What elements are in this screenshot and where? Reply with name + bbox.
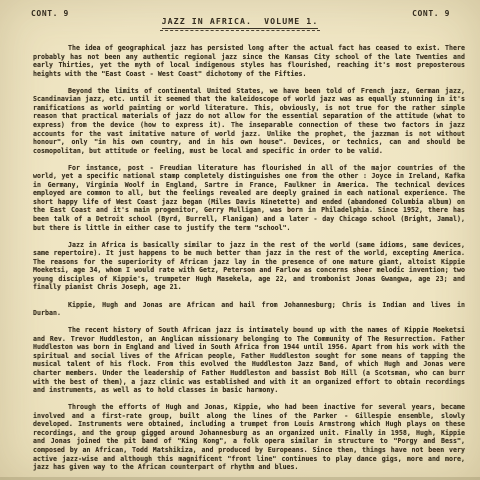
paragraph-king-kong: Through the efforts of Hugh and Jonas, K… bbox=[33, 403, 465, 471]
page-header: CONT. 9 JAZZ IN AFRICA. VOLUME 1. CONT. … bbox=[0, 0, 480, 31]
document-body: The idea of geographical jazz has persis… bbox=[33, 44, 465, 472]
page-title: JAZZ IN AFRICA. VOLUME 1. bbox=[162, 16, 319, 29]
document-page: CONT. 9 JAZZ IN AFRICA. VOLUME 1. CONT. … bbox=[0, 0, 480, 480]
paragraph-huddleston-history: The recent history of South African jazz… bbox=[33, 326, 465, 394]
paragraph-post-freudian: For instance, post - Freudian literature… bbox=[33, 164, 465, 232]
title-wrap: JAZZ IN AFRICA. VOLUME 1. bbox=[0, 9, 480, 29]
paragraph-geographical-jazz: The idea of geographical jazz has persis… bbox=[33, 44, 465, 78]
paragraph-musicians-origin: Kippie, Hugh and Jonas are African and h… bbox=[33, 301, 465, 318]
paragraph-jazz-in-africa: Jazz in Africa is basically similar to j… bbox=[33, 241, 465, 292]
paragraph-world-jazz: Beyond the limits of continental United … bbox=[33, 87, 465, 155]
